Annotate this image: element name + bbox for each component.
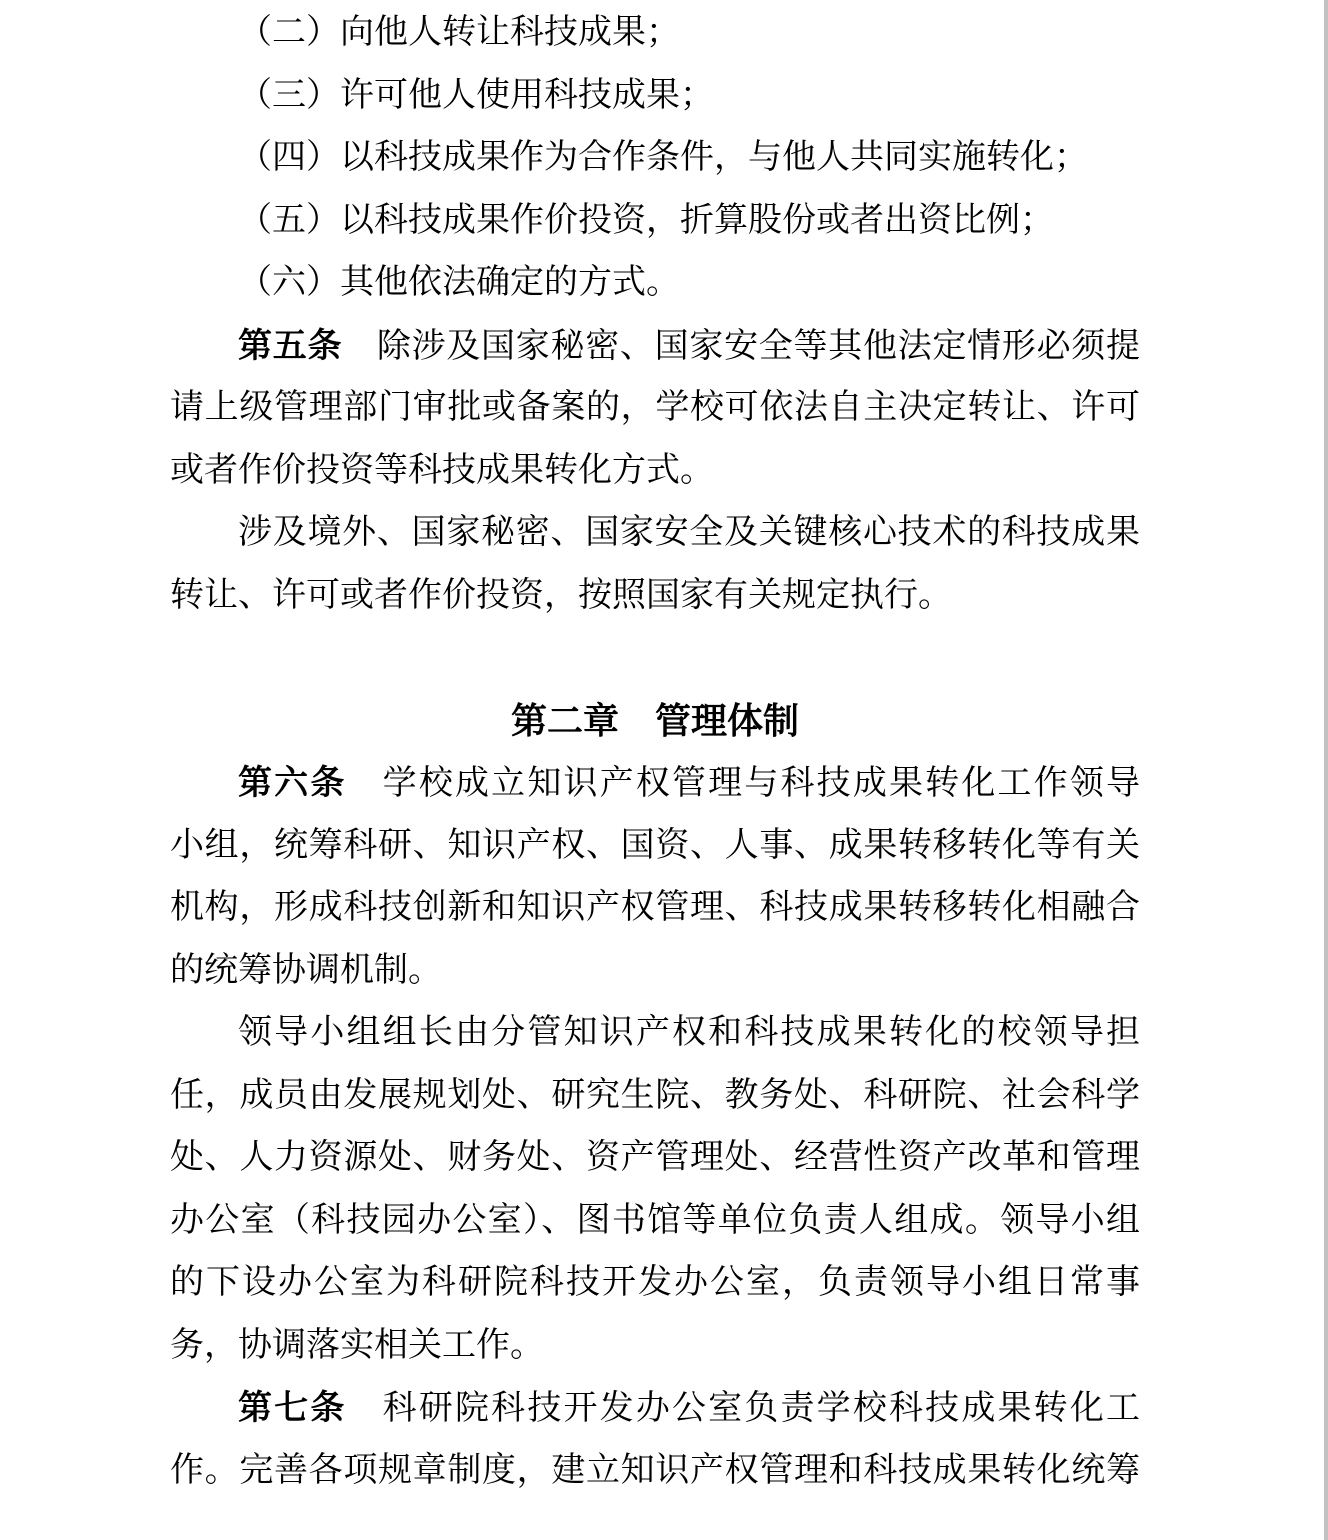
line-text: （六）其他依法确定的方式。: [238, 264, 680, 301]
line-text: （二）向他人转让科技成果；: [238, 14, 680, 51]
text-line: （五）以科技成果作价投资，折算股份或者出资比例；: [170, 190, 1140, 253]
text-line: 务，协调落实相关工作。: [170, 1315, 1140, 1378]
line-text: 作。完善各项规章制度，建立知识产权管理和科技成果转化统筹: [170, 1452, 1140, 1489]
blank-line: [170, 627, 1140, 690]
text-line: 第五条 除涉及国家秘密、国家安全等其他法定情形必须提: [170, 315, 1140, 378]
text-line: 领导小组组长由分管知识产权和科技成果转化的校领导担: [170, 1002, 1140, 1065]
text-line: 转让、许可或者作价投资，按照国家有关规定执行。: [170, 565, 1140, 628]
text-line: （三）许可他人使用科技成果；: [170, 65, 1140, 128]
text-line: 的下设办公室为科研院科技开发办公室，负责领导小组日常事: [170, 1252, 1140, 1315]
article-number: 第七条: [238, 1389, 347, 1427]
line-text: 机构，形成科技创新和知识产权管理、科技成果转移转化相融合: [170, 889, 1140, 926]
line-text: 务，协调落实相关工作。: [170, 1327, 544, 1364]
chapter-heading: 第二章 管理体制: [170, 690, 1140, 753]
line-text: 科研院科技开发办公室负责学校科技成果转化工: [347, 1390, 1141, 1427]
text-line: 第七条 科研院科技开发办公室负责学校科技成果转化工: [170, 1377, 1140, 1440]
line-text: 领导小组组长由分管知识产权和科技成果转化的校领导担: [238, 1014, 1140, 1051]
text-line: 的统筹协调机制。: [170, 940, 1140, 1003]
right-edge-divider: [1324, 0, 1328, 1540]
line-text: 小组，统筹科研、知识产权、国资、人事、成果转移转化等有关: [170, 827, 1140, 864]
article-number: 第六条: [238, 764, 347, 802]
line-text: 第二章 管理体制: [511, 700, 799, 741]
text-line: 或者作价投资等科技成果转化方式。: [170, 440, 1140, 503]
line-text: 的统筹协调机制。: [170, 952, 442, 989]
article-number: 第五条: [238, 327, 342, 365]
text-line: 任，成员由发展规划处、研究生院、教务处、科研院、社会科学: [170, 1065, 1140, 1128]
text-line: 机构，形成科技创新和知识产权管理、科技成果转移转化相融合: [170, 877, 1140, 940]
text-line: 第六条 学校成立知识产权管理与科技成果转化工作领导: [170, 752, 1140, 815]
text-line: （六）其他依法确定的方式。: [170, 252, 1140, 315]
line-text: 转让、许可或者作价投资，按照国家有关规定执行。: [170, 577, 952, 614]
line-text: 任，成员由发展规划处、研究生院、教务处、科研院、社会科学: [170, 1077, 1140, 1114]
document-body: （二）向他人转让科技成果；（三）许可他人使用科技成果；（四）以科技成果作为合作条…: [170, 2, 1140, 1502]
line-text: 办公室（科技园办公室）、图书馆等单位负责人组成。领导小组: [170, 1202, 1140, 1239]
text-line: （二）向他人转让科技成果；: [170, 2, 1140, 65]
line-text: 的下设办公室为科研院科技开发办公室，负责领导小组日常事: [170, 1264, 1140, 1301]
text-line: 小组，统筹科研、知识产权、国资、人事、成果转移转化等有关: [170, 815, 1140, 878]
line-text: （四）以科技成果作为合作条件，与他人共同实施转化；: [238, 139, 1088, 176]
line-text: 涉及境外、国家秘密、国家安全及关键核心技术的科技成果: [238, 514, 1140, 551]
line-text: 或者作价投资等科技成果转化方式。: [170, 452, 714, 489]
line-text: 处、人力资源处、财务处、资产管理处、经营性资产改革和管理: [170, 1139, 1140, 1176]
line-text: 除涉及国家秘密、国家安全等其他法定情形必须提: [342, 328, 1140, 365]
text-line: （四）以科技成果作为合作条件，与他人共同实施转化；: [170, 127, 1140, 190]
text-line: 请上级管理部门审批或备案的，学校可依法自主决定转让、许可: [170, 377, 1140, 440]
text-line: 涉及境外、国家秘密、国家安全及关键核心技术的科技成果: [170, 502, 1140, 565]
text-line: 作。完善各项规章制度，建立知识产权管理和科技成果转化统筹: [170, 1440, 1140, 1503]
document-page: （二）向他人转让科技成果；（三）许可他人使用科技成果；（四）以科技成果作为合作条…: [0, 0, 1328, 1540]
text-line: 处、人力资源处、财务处、资产管理处、经营性资产改革和管理: [170, 1127, 1140, 1190]
line-text: 请上级管理部门审批或备案的，学校可依法自主决定转让、许可: [170, 389, 1140, 426]
line-text: 学校成立知识产权管理与科技成果转化工作领导: [347, 765, 1141, 802]
line-text: （五）以科技成果作价投资，折算股份或者出资比例；: [238, 202, 1054, 239]
text-line: 办公室（科技园办公室）、图书馆等单位负责人组成。领导小组: [170, 1190, 1140, 1253]
line-text: （三）许可他人使用科技成果；: [238, 77, 714, 114]
